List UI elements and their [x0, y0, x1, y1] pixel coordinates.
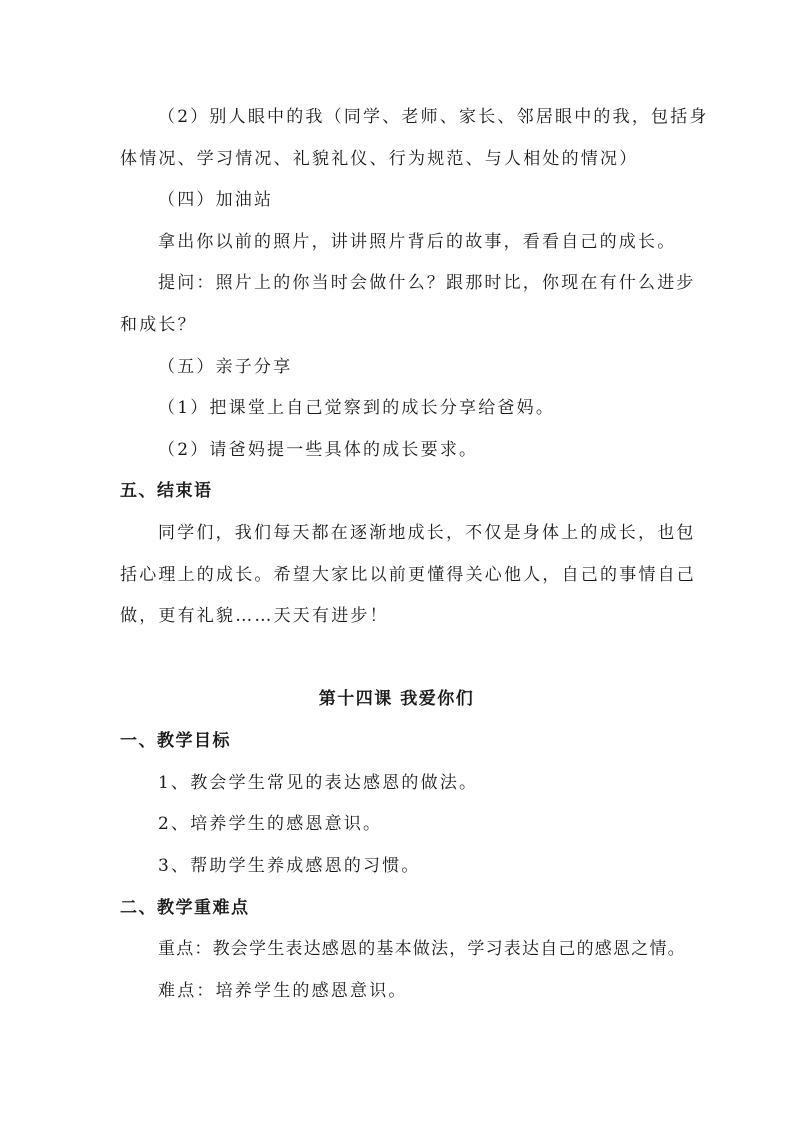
conclusion-line1: 同学们，我们每天都在逐渐地成长，不仅是身体上的成长，也包 [158, 522, 696, 544]
paragraph-question-line2: 和成长？ [120, 314, 197, 336]
paragraph-question-line1: 提问：照片上的你当时会做什么？跟那时比，你现在有什么进步 [158, 272, 696, 294]
objective-item-1: 1、教会学生常见的表达感恩的做法。 [158, 772, 478, 794]
paragraph-others-view-line1: （2）别人眼中的我（同学、老师、家长、邻居眼中的我，包括身 [158, 106, 709, 128]
lesson-title: 第十四课 我爱你们 [0, 688, 793, 710]
section-heading-parent-child-sharing: （五）亲子分享 [158, 356, 292, 378]
key-point: 重点：教会学生表达感恩的基本做法，学习表达自己的感恩之情。 [158, 938, 686, 960]
section-heading-conclusion: 五、结束语 [120, 480, 213, 502]
section-heading-refuel-station: （四）加油站 [158, 189, 273, 211]
difficulty-point: 难点：培养学生的感恩意识。 [158, 980, 408, 1002]
conclusion-line3: 做，更有礼貌……天天有进步！ [120, 605, 389, 627]
section-heading-objectives: 一、教学目标 [120, 730, 231, 752]
paragraph-others-view-line2: 体情况、学习情况、礼貌礼仪、行为规范、与人相处的情况） [120, 148, 638, 170]
document-page: （2）别人眼中的我（同学、老师、家长、邻居眼中的我，包括身 体情况、学习情况、礼… [0, 0, 793, 1122]
section-heading-key-points: 二、教学重难点 [120, 897, 250, 919]
paragraph-photos: 拿出你以前的照片，讲讲照片背后的故事，看看自己的成长。 [158, 231, 676, 253]
objective-item-2: 2、培养学生的感恩意识。 [158, 813, 382, 835]
list-item-share-growth: （1）把课堂上自己觉察到的成长分享给爸妈。 [158, 397, 555, 419]
objective-item-3: 3、帮助学生养成感恩的习惯。 [158, 855, 421, 877]
conclusion-line2: 括心理上的成长。希望大家比以前更懂得关心他人，自己的事情自己 [120, 564, 696, 586]
list-item-parent-requirements: （2）请爸妈提一些具体的成长要求。 [158, 439, 478, 461]
